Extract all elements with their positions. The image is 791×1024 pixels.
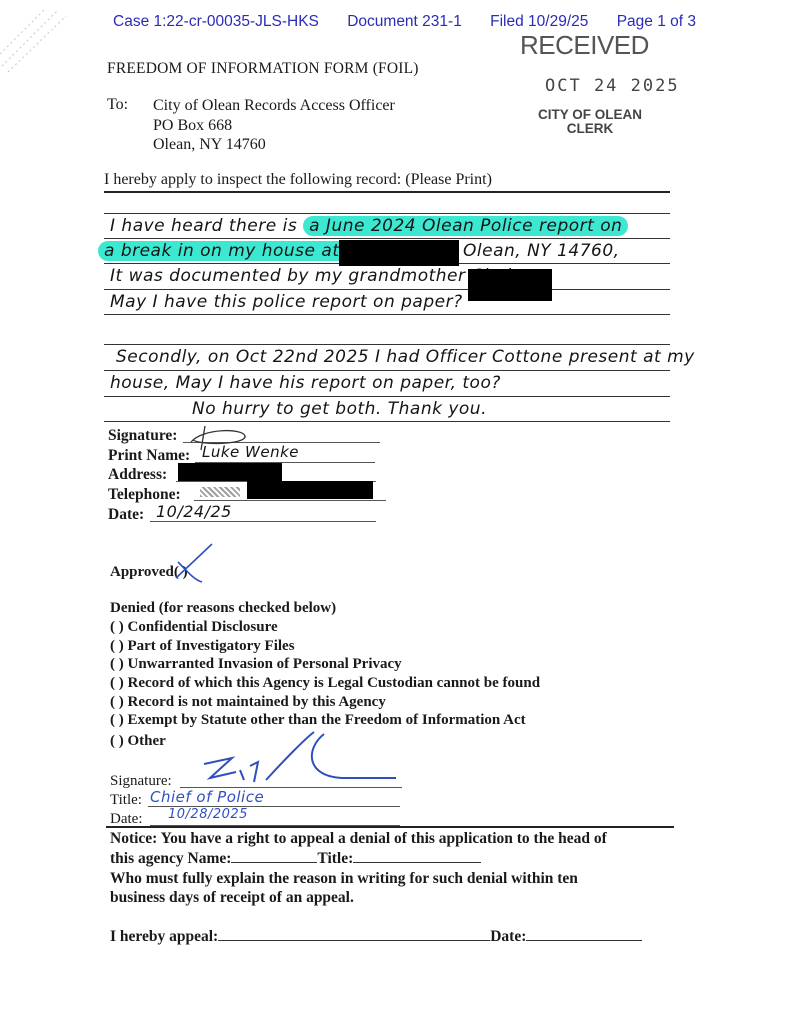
ruled-line (104, 370, 670, 371)
denied-header: Denied (for reasons checked below) (110, 600, 336, 617)
date-field[interactable] (150, 521, 376, 522)
stamp-city-line1: CITY OF OLEAN (520, 108, 660, 122)
to-label: To: (107, 96, 128, 114)
head-name-field[interactable] (231, 862, 317, 863)
redaction-address (339, 240, 459, 266)
ruled-line (104, 289, 670, 290)
official-signature-mark (196, 728, 406, 790)
stamp-city-line2: CLERK (520, 122, 660, 136)
appeal-date-field[interactable] (526, 940, 642, 941)
denied-reason[interactable]: ( ) Exempt by Statute other than the Fre… (110, 712, 526, 729)
redaction-address-field (178, 463, 282, 481)
appeal-line: I hereby appeal:Date: (110, 928, 642, 946)
ruled-line (104, 314, 670, 315)
address-label: Address: (108, 466, 167, 484)
redaction-telephone (247, 481, 373, 499)
official-title-label: Title: (110, 792, 142, 809)
head-name-label: this agency Name: (110, 850, 231, 867)
appeal-label: I hereby appeal: (110, 928, 218, 945)
to-address: City of Olean Records Access Officer PO … (153, 96, 395, 155)
notice-line-4: business days of receipt of an appeal. (110, 889, 354, 907)
date-label: Date: (108, 506, 144, 524)
denied-reason[interactable]: ( ) Unwarranted Invasion of Personal Pri… (110, 656, 402, 673)
redaction-surname (468, 269, 552, 301)
document-number: Document 231-1 (347, 13, 462, 30)
ruled-line (104, 344, 670, 345)
request-line-6: house, May I have his report on paper, t… (110, 373, 501, 393)
ruled-line (104, 238, 670, 239)
notice-line-2: this agency Name:Title: (110, 850, 481, 868)
request-line-4: May I have this police report on paper? (110, 292, 463, 312)
head-title-field[interactable] (353, 862, 481, 863)
date-value: 10/24/25 (156, 502, 232, 521)
signature-label: Signature: (108, 427, 177, 445)
head-title-label: Title: (317, 850, 353, 867)
to-address-line: City of Olean Records Access Officer (153, 96, 395, 116)
request-text: I have heard there is (110, 216, 297, 236)
ruled-line (104, 396, 670, 397)
notice-line-3: Who must fully explain the reason in wri… (110, 870, 578, 888)
official-title-value: Chief of Police (150, 788, 264, 806)
to-address-line: PO Box 668 (153, 116, 395, 136)
filed-date: Filed 10/29/25 (490, 13, 588, 30)
request-line-3: It was documented by my grandmother Cind… (110, 266, 522, 286)
received-stamp-date: OCT 24 2025 (545, 76, 680, 96)
request-line-1: I have heard there is a June 2024 Olean … (110, 216, 628, 236)
scribbled-out-text (200, 487, 240, 497)
appeal-field[interactable] (218, 940, 490, 941)
received-stamp: RECEIVED (520, 30, 649, 61)
scan-artifact (0, 6, 70, 76)
approved-check-mark-icon (172, 540, 222, 586)
denied-reason[interactable]: ( ) Confidential Disclosure (110, 619, 278, 636)
request-line-7: No hurry to get both. Thank you. (192, 399, 487, 419)
denied-reason[interactable]: ( ) Other (110, 733, 166, 750)
highlighted-text: a June 2024 Olean Police report on (303, 216, 628, 236)
page-indicator: Page 1 of 3 (617, 13, 696, 30)
apply-prompt: I hereby apply to inspect the following … (104, 171, 670, 193)
request-line-5: Secondly, on Oct 22nd 2025 I had Officer… (116, 347, 695, 367)
court-filing-header: Case 1:22-cr-00035-JLS-HKS Document 231-… (113, 13, 720, 31)
section-divider (106, 826, 674, 828)
to-address-line: Olean, NY 14760 (153, 135, 395, 155)
case-number: Case 1:22-cr-00035-JLS-HKS (113, 13, 319, 30)
request-city: Olean, NY 14760, (463, 241, 620, 261)
appeal-date-label: Date: (490, 928, 526, 945)
received-stamp-city: CITY OF OLEAN CLERK (520, 108, 660, 136)
official-date-value: 10/28/2025 (168, 807, 248, 822)
request-line-2: a break in on my house at (98, 241, 359, 261)
denied-reason[interactable]: ( ) Record is not maintained by this Age… (110, 694, 386, 711)
denied-reason[interactable]: ( ) Part of Investigatory Files (110, 638, 295, 655)
print-name-value: Luke Wenke (202, 443, 299, 461)
form-title: FREEDOM OF INFORMATION FORM (FOIL) (107, 60, 419, 78)
ruled-line (104, 213, 670, 214)
highlighted-text: a break in on my house at (98, 241, 359, 261)
notice-line-1: Notice: You have a right to appeal a den… (110, 830, 607, 848)
approved-label: Approved (110, 564, 174, 580)
denied-reason[interactable]: ( ) Record of which this Agency is Legal… (110, 675, 540, 692)
telephone-field[interactable] (194, 500, 386, 501)
